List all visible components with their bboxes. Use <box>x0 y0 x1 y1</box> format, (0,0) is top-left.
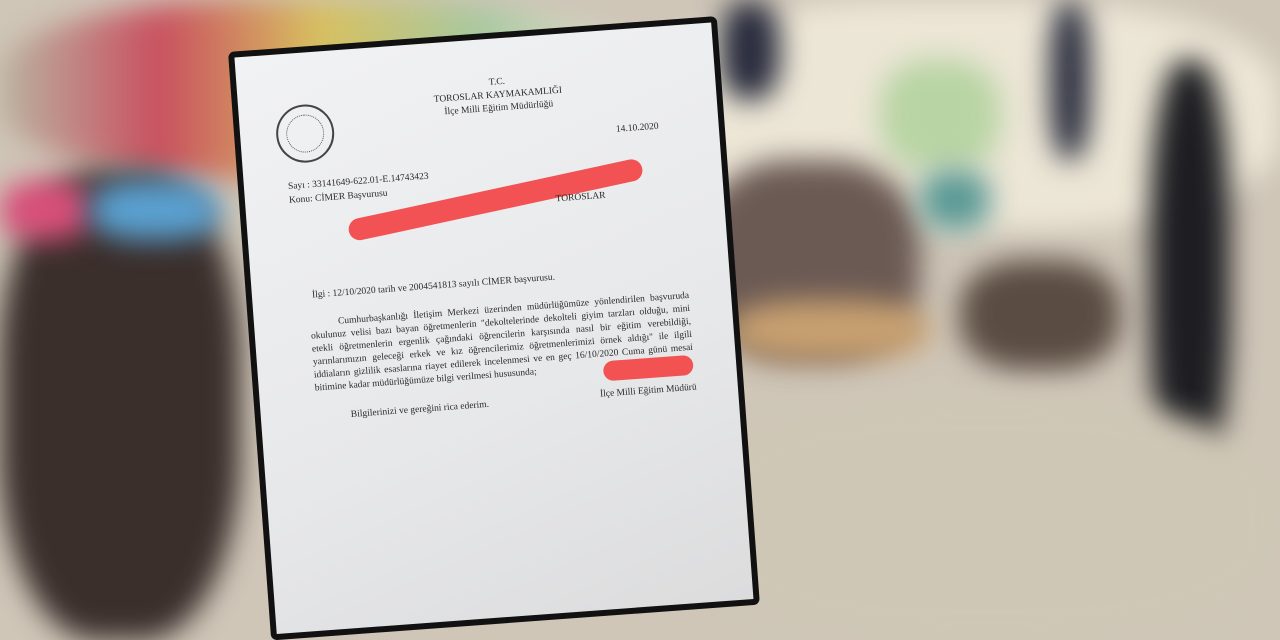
reference-number: Sayı : 33141649-622.01-E.14743423 <box>288 172 429 192</box>
reference-line: İlgi : 12/10/2020 tarih ve 2004541813 sa… <box>312 273 556 301</box>
official-letter: T.C. TOROSLAR KAYMAKAMLIĞI İlçe Milli Eğ… <box>234 23 753 634</box>
signer-title: İlçe Milli Eğitim Müdürü <box>600 383 697 400</box>
letterhead: T.C. TOROSLAR KAYMAKAMLIĞI İlçe Milli Eğ… <box>387 68 609 123</box>
letter-date: 14.10.2020 <box>616 122 659 135</box>
closing-line: Bilgilerinizi ve gereğini rica ederim. <box>351 400 490 420</box>
document-photo: T.C. TOROSLAR KAYMAKAMLIĞI İlçe Milli Eğ… <box>228 16 760 640</box>
subject: Konu: CİMER Başvurusu <box>289 189 388 206</box>
letter-body: Cumhurbaşkanlığı İletişim Merkezi üzerin… <box>310 290 695 396</box>
recipient-city: TOROSLAR <box>555 191 606 205</box>
ministry-seal-icon <box>274 103 336 165</box>
